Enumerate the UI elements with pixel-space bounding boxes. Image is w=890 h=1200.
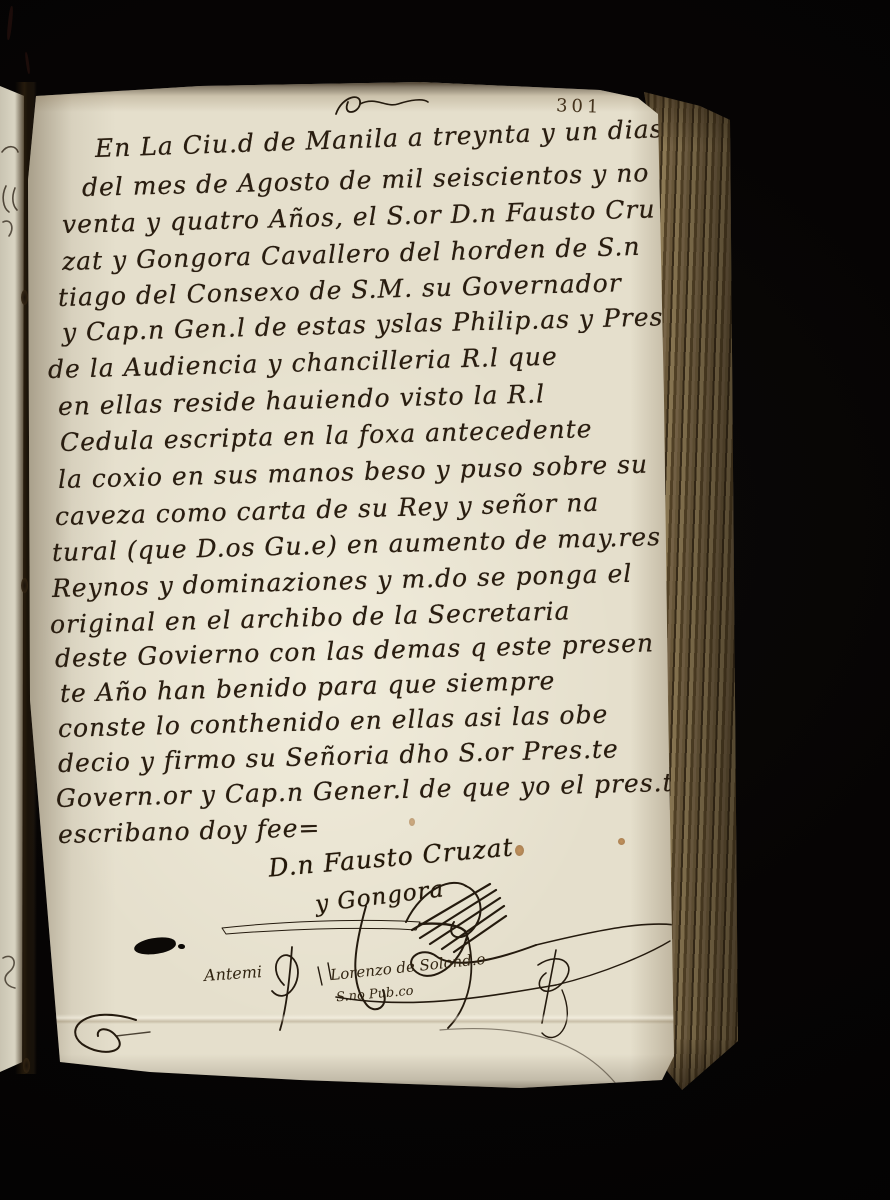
manuscript-line: del mes de Agosto de mil seiscientos y n… (82, 160, 650, 200)
manuscript-line: te Año han benido para que siempre (60, 668, 556, 706)
manuscript-line: y Cap.n Gen.l de estas yslas Philip.as y… (62, 303, 700, 345)
manuscript-line: la coxio en sus manos beso y puso sobre … (58, 452, 649, 492)
manuscript-line: caveza como carta de su Rey y señor na (55, 490, 600, 529)
backdrop-smudge (6, 6, 14, 40)
backdrop-smudge (24, 52, 30, 74)
manuscript-line: escribano doy fee= (58, 815, 321, 847)
manuscript-photograph: 301 En La Ciu.d de Manila a treynta y un… (0, 0, 890, 1200)
ink-blot-speck (178, 944, 185, 949)
foxing-spot (515, 845, 524, 856)
manuscript-line: venta y quatro Años, el S.or D.n Fausto … (62, 196, 656, 237)
stray-pen-curve (420, 1020, 680, 1190)
binding-knot (23, 1058, 30, 1073)
manuscript-line: decio y firmo su Señoria dho S.or Pres.t… (58, 736, 619, 776)
manuscript-page: 301 En La Ciu.d de Manila a treynta y un… (26, 80, 678, 1096)
manuscript-line: tiago del Consexo de S.M. su Governador (58, 270, 622, 310)
manuscript-line: de la Audiencia y chancilleria R.l que (48, 344, 558, 382)
manuscript-line: Govern.or y Cap.n Gener.l de que yo el p… (56, 769, 690, 811)
manuscript-line: en ellas reside hauiendo visto la R.l (58, 381, 546, 419)
ante-mi-label: Antemi (204, 964, 263, 984)
folio-number: 301 (556, 97, 603, 117)
foxing-spot (409, 818, 415, 826)
foxing-spot (618, 838, 625, 845)
manuscript-line: tural (que D.os Gu.e) en aumento de may.… (52, 524, 662, 565)
manuscript-line: zat y Gongora Cavallero del horden de S.… (62, 234, 641, 274)
manuscript-line: conste lo conthenido en ellas asi las ob… (58, 702, 609, 741)
manuscript-line: Cedula escripta en la foxa antecedente (60, 416, 593, 455)
manuscript-line: original en el archibo de la Secretaria (50, 598, 571, 637)
ink-blot (133, 934, 177, 957)
binding-knot (21, 578, 28, 593)
binding-knot (21, 290, 28, 305)
bottom-pen-curl (58, 1006, 153, 1061)
cross-flourish-mark (328, 88, 433, 124)
manuscript-line: Reynos y dominaziones y m.do se ponga el (52, 561, 633, 601)
